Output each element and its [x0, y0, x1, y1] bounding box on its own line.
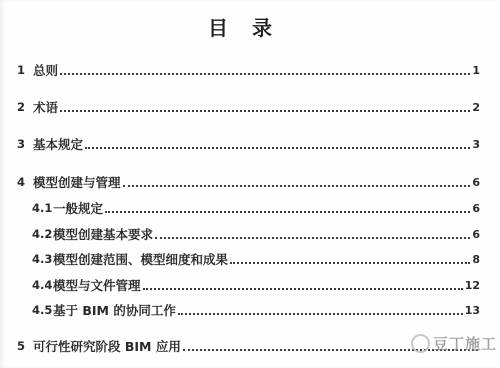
toc-entry-page: 6	[472, 201, 480, 216]
toc-entry-page: 6	[472, 175, 480, 190]
toc-row: 4.2 模型创建基本要求 6	[17, 226, 480, 242]
document-page: { "document": { "title": "目 录" }, "toc":…	[0, 0, 500, 368]
toc-leader-dots	[85, 147, 470, 149]
watermark-text: 豆丁施工	[433, 333, 497, 354]
toc-leader-dots	[123, 185, 471, 187]
toc-entry-label: 基本规定	[33, 137, 83, 152]
docin-logo-icon	[411, 334, 430, 353]
toc-entry-page: 8	[472, 252, 480, 267]
toc-entry-number: 4	[17, 175, 33, 190]
toc-leader-dots	[60, 73, 470, 75]
table-of-contents: 1 总则 1 2 术语 2 3 基本规定 3 4 模型创建与管理 6 4.1 一…	[17, 0, 480, 368]
toc-leader-dots	[143, 288, 463, 290]
toc-entry-page: 12	[465, 278, 480, 293]
toc-entry-number: 2	[17, 100, 33, 115]
toc-entry-number: 1	[17, 63, 33, 78]
toc-entry-label: 模型创建范围、模型细度和成果	[53, 252, 228, 267]
toc-entry-label: 一般规定	[53, 201, 103, 216]
toc-row: 4 模型创建与管理 6	[17, 174, 480, 190]
toc-entry-page: 2	[472, 100, 480, 115]
toc-entry-number: 4.4	[32, 278, 53, 293]
toc-entry-page: 13	[465, 303, 480, 318]
toc-entry-page: 1	[472, 63, 480, 78]
toc-entry-number: 5	[17, 339, 33, 354]
toc-row: 4.5 基于 BIM 的协同工作 13	[17, 302, 480, 318]
toc-leader-dots	[178, 313, 463, 315]
toc-entry-number: 4.5	[32, 303, 53, 318]
toc-entry-label: 术语	[33, 100, 58, 115]
toc-row: 1 总则 1	[17, 62, 480, 78]
toc-entry-page: 6	[472, 227, 480, 242]
watermark: 豆丁施工	[411, 333, 497, 354]
toc-row: 4.1 一般规定 6	[17, 200, 480, 216]
toc-entry-number: 4.3	[32, 252, 53, 267]
toc-entry-label: 可行性研究阶段 BIM 应用	[33, 339, 181, 354]
toc-entry-label: 模型与文件管理	[53, 278, 141, 293]
toc-leader-dots	[105, 211, 470, 213]
toc-leader-dots	[155, 237, 470, 239]
toc-row: 4.4 模型与文件管理 12	[17, 277, 480, 293]
toc-entry-label: 基于 BIM 的协同工作	[53, 303, 176, 318]
toc-row: 2 术语 2	[17, 99, 480, 115]
toc-row: 3 基本规定 3	[17, 136, 480, 152]
toc-entry-number: 4.1	[32, 201, 53, 216]
toc-entry-page: 3	[472, 137, 480, 152]
toc-entry-label: 总则	[33, 63, 58, 78]
toc-entry-label: 模型创建基本要求	[53, 227, 153, 242]
toc-entry-number: 3	[17, 137, 33, 152]
toc-leader-dots	[230, 262, 470, 264]
toc-row: 4.3 模型创建范围、模型细度和成果 8	[17, 251, 480, 267]
toc-leader-dots	[60, 110, 470, 112]
toc-entry-number: 4.2	[32, 227, 53, 242]
toc-entry-label: 模型创建与管理	[33, 175, 121, 190]
